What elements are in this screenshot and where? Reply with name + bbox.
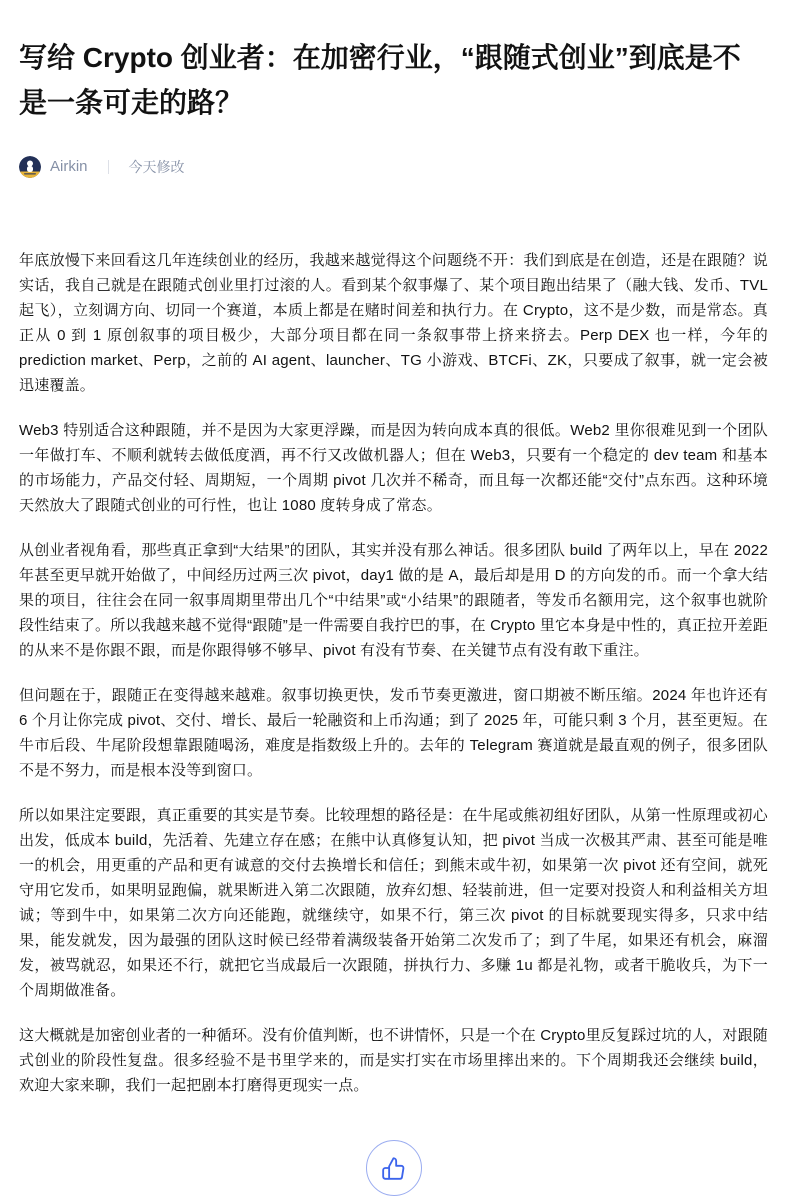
author-avatar[interactable]: [19, 156, 41, 178]
article-paragraph: 但问题在于，跟随正在变得越来越难。叙事切换更快，发币节奏更激进，窗口期被不断压缩…: [19, 683, 768, 783]
article-paragraph: 从创业者视角看，那些真正拿到“大结果”的团队，其实并没有那么神话。很多团队 bu…: [19, 538, 768, 663]
like-button[interactable]: [366, 1140, 422, 1196]
article: 写给 Crypto 创业者：在加密行业，“跟随式创业”到底是不是一条可走的路？ …: [0, 0, 787, 1098]
article-paragraph: 所以如果注定要跟，真正重要的其实是节奏。比较理想的路径是：在牛尾或熊初组好团队，…: [19, 803, 768, 1003]
edit-time: 今天修改: [129, 157, 185, 177]
thumbs-up-icon: [381, 1155, 407, 1181]
meta-divider: [108, 160, 109, 174]
article-body: 年底放慢下来回看这几年连续创业的经历，我越来越觉得这个问题绕不开：我们到底是在创…: [19, 248, 768, 1098]
article-paragraph: 年底放慢下来回看这几年连续创业的经历，我越来越觉得这个问题绕不开：我们到底是在创…: [19, 248, 768, 398]
author-name[interactable]: Airkin: [50, 158, 88, 175]
article-title: 写给 Crypto 创业者：在加密行业，“跟随式创业”到底是不是一条可走的路？: [19, 36, 768, 126]
astronaut-avatar-icon: [19, 156, 41, 178]
article-paragraph: Web3 特别适合这种跟随，并不是因为大家更浮躁，而是因为转向成本真的很低。We…: [19, 418, 768, 518]
author-row: Airkin 今天修改: [19, 156, 768, 178]
article-paragraph: 这大概就是加密创业者的一种循环。没有价值判断，也不讲情怀，只是一个在 Crypt…: [19, 1023, 768, 1098]
